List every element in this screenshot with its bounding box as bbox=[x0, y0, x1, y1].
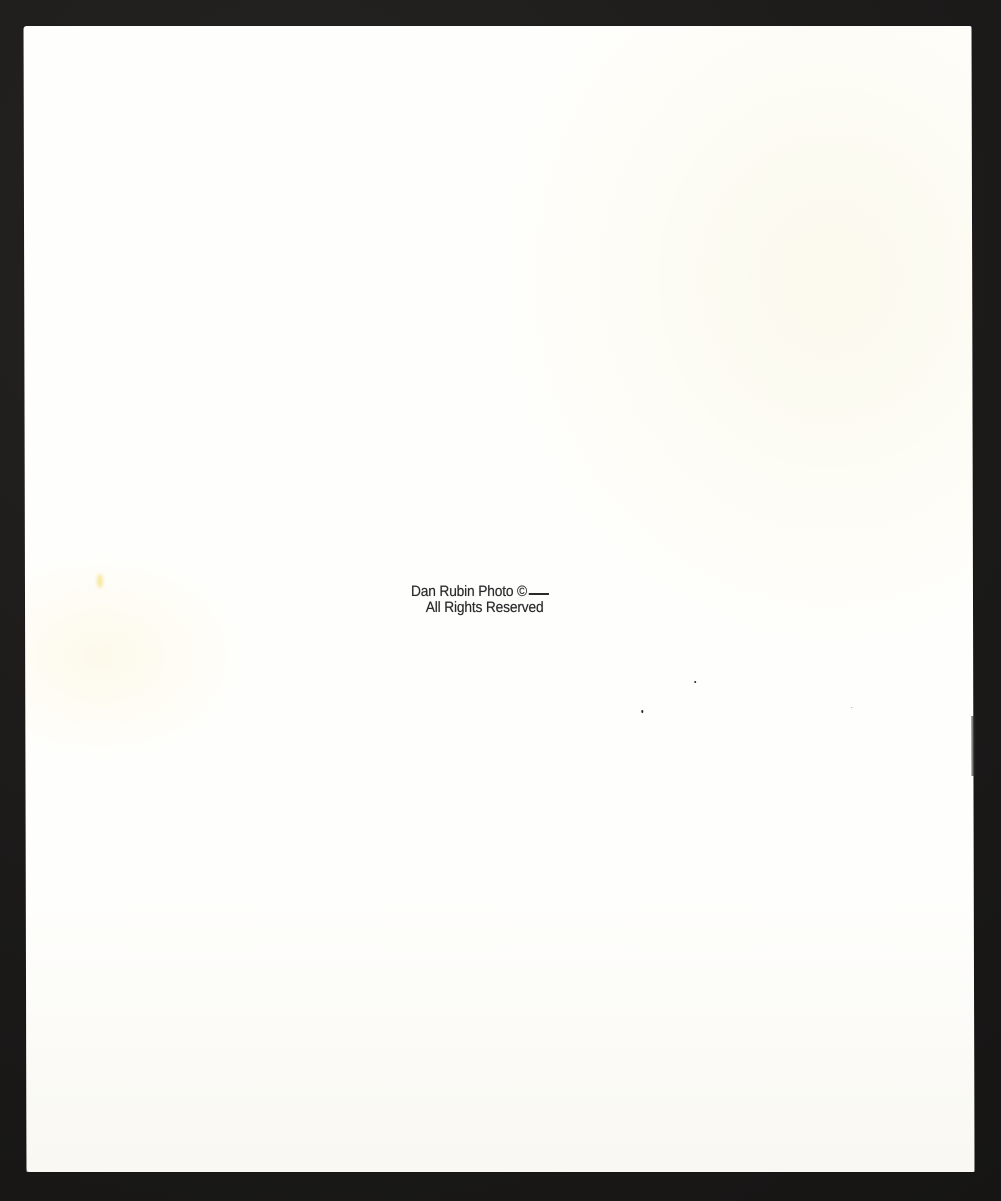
ink-speck bbox=[641, 710, 643, 713]
photo-print-back: Dan Rubin Photo © All Rights Reserved bbox=[23, 26, 974, 1172]
ink-speck bbox=[694, 681, 696, 683]
photographer-stamp: Dan Rubin Photo © All Rights Reserved bbox=[411, 584, 586, 616]
yellow-stain bbox=[97, 574, 103, 588]
stamp-rights-text: All Rights Reserved bbox=[411, 600, 586, 616]
stamp-line-credit: Dan Rubin Photo © bbox=[411, 584, 586, 600]
stamp-date-blank bbox=[529, 593, 549, 595]
stamp-credit-text: Dan Rubin Photo © bbox=[411, 584, 527, 600]
ink-speck bbox=[851, 707, 852, 708]
edge-wear bbox=[971, 716, 975, 776]
